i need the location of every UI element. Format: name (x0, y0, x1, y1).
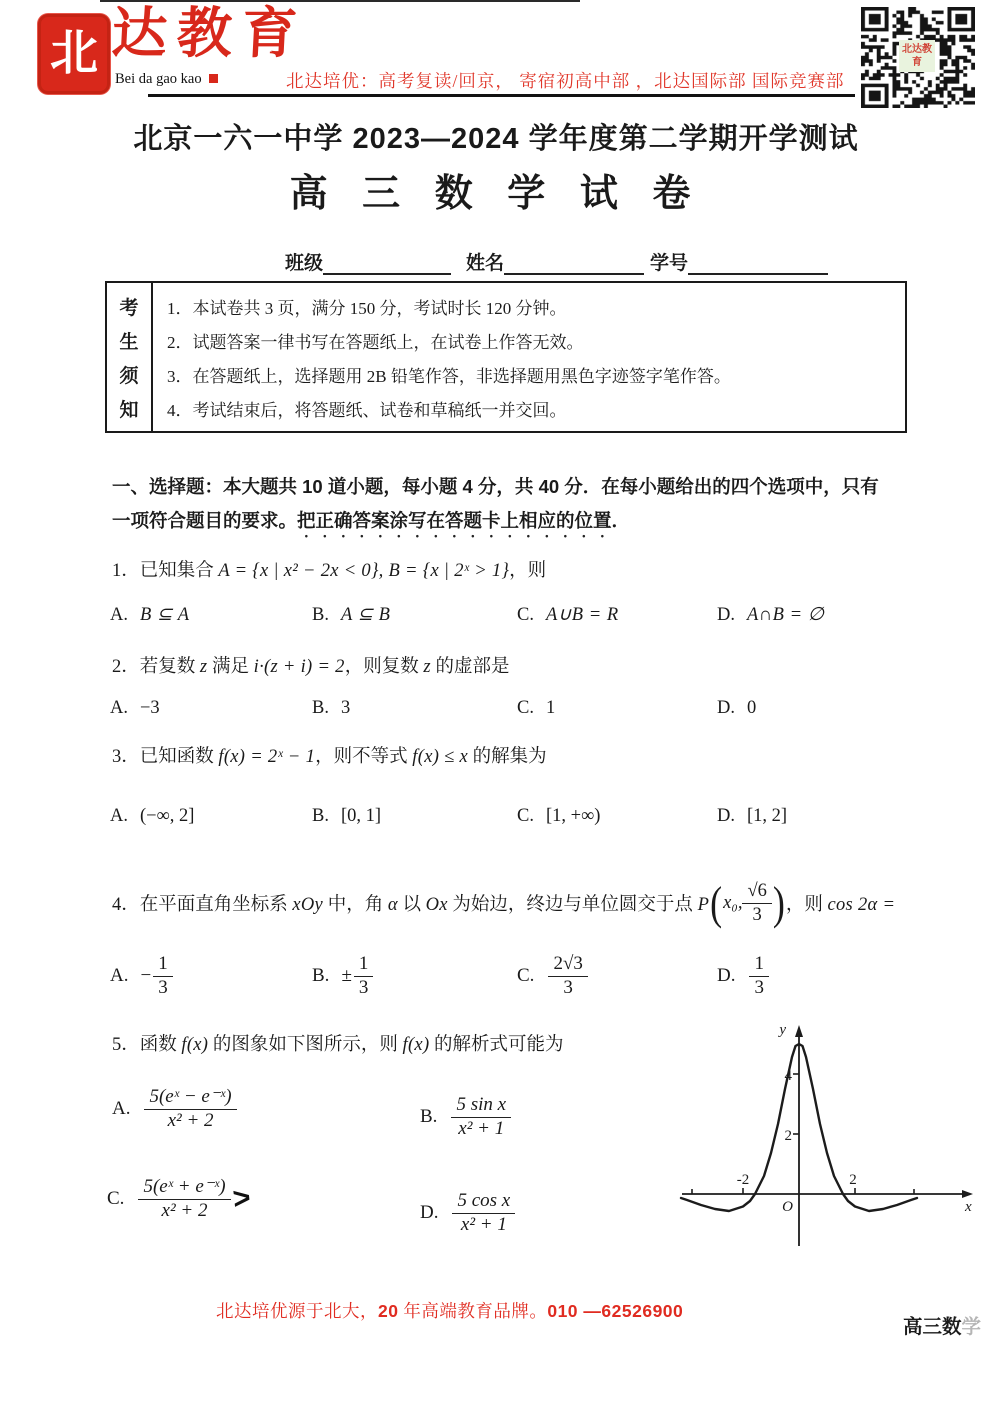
class-field-blank (323, 249, 451, 275)
x-tick-label-neg2: -2 (737, 1172, 750, 1188)
notice-item: 4．考试结束后，将答题纸、试卷和草稿纸一并交回。 (167, 396, 897, 421)
red-square-marker (209, 74, 218, 83)
q4-stem-prefix: 4．在平面直角坐标系 xOy 中，角 α 以 Ox 为始边，终边与单位圆交于点 … (112, 890, 709, 916)
q3-option-b: B.[0, 1] (312, 806, 517, 827)
curve-graph-svg: y x O 4 2 -2 2 (662, 1012, 982, 1260)
class-field: 班级 (285, 248, 451, 275)
student-field-row: 班级 姓名 学号 (0, 248, 992, 280)
q4-option-d: D.13 (717, 944, 940, 1008)
q2-option-c: C.1 (517, 698, 717, 719)
header-rule (148, 94, 855, 97)
q4-option-a: A.−13 (110, 944, 312, 1008)
y-tick-label-4: 4 (785, 1068, 793, 1084)
q1-option-c: C.A∪B = R (517, 604, 717, 626)
notice-side-label: 考 生 须 知 (107, 283, 153, 431)
footer-slogan: 北达培优源于北大，20 年高端教育品牌。010 —62526900 (216, 1298, 683, 1323)
q1-option-b: B.A ⊆ B (312, 604, 517, 626)
q5-option-d: D. 5 cos xx² + 1 (420, 1190, 515, 1237)
question-3-options: A.(−∞, 2] B.[0, 1] C.[1, +∞) D.[1, 2] (110, 806, 940, 827)
id-field: 学号 (650, 248, 828, 275)
notice-item: 2．试题答案一律书写在答题纸上，在试卷上作答无效。 (167, 328, 897, 353)
q3-option-d: D.[1, 2] (717, 806, 940, 827)
class-field-label: 班级 (285, 248, 323, 275)
question-4-stem: 4．在平面直角坐标系 xOy 中，角 α 以 Ox 为始边，终边与单位圆交于点 … (112, 866, 895, 940)
q3-option-a: A.(−∞, 2] (110, 806, 312, 827)
q4-stem-suffix: ，则 cos 2α = (786, 890, 895, 916)
x-tick-label-pos2: 2 (849, 1172, 857, 1188)
qr-code: 北达教育 (861, 7, 975, 108)
y-axis-arrow (795, 1025, 803, 1037)
section-heading: 一、选择题：本大题共 10 道小题，每小题 4 分，共 40 分．在每小题给出的… (112, 470, 930, 541)
handwritten-check-mark: > (231, 1181, 252, 1217)
exam-subtitle: 高 三 数 学 试 卷 (0, 162, 992, 217)
notice-side-char: 须 (119, 361, 138, 388)
name-field: 姓名 (466, 248, 644, 275)
exam-paper-page: 北 达教育 Bei da gao kao 北达培优：高考复读/回京， 寄宿初高中… (0, 0, 992, 1403)
y-tick-label-2: 2 (785, 1128, 793, 1144)
q5-option-a: A. 5(eˣ − e⁻ˣ)x² + 2 (112, 1086, 237, 1133)
question-1-stem: 1．已知集合 A = {x | x² − 2x < 0}, B = {x | 2… (112, 556, 952, 582)
notice-items: 1．本试卷共 3 页，满分 150 分，考试时长 120 分钟。 2．试题答案一… (153, 283, 905, 431)
id-field-label: 学号 (650, 248, 688, 275)
question-4-options: A.−13 B.±13 C.2√33 D.13 (110, 944, 940, 1008)
exam-title: 北京一六一中学 2023—2024 学年度第二学期开学测试 (0, 116, 992, 157)
notice-item: 1．本试卷共 3 页，满分 150 分，考试时长 120 分钟。 (167, 294, 897, 319)
q4-point-x: x₀, (723, 893, 742, 914)
logo-seal: 北 (38, 14, 110, 94)
header-slogan: 北达培优：高考复读/回京， 寄宿初高中部 ，北达国际部 国际竞赛部 (286, 68, 845, 93)
section-heading-line1: 一、选择题：本大题共 10 道小题，每小题 4 分，共 40 分．在每小题给出的… (112, 470, 930, 504)
q1-option-d: D.A∩B = ∅ (717, 604, 940, 626)
question-1-options: A.B ⊆ A B.A ⊆ B C.A∪B = R D.A∩B = ∅ (110, 604, 940, 626)
q5-option-c: C. 5(eˣ + e⁻ˣ)x² + 2 > (107, 1176, 250, 1223)
name-field-label: 姓名 (466, 248, 504, 275)
x-axis-label: x (964, 1199, 972, 1215)
qr-center-label: 北达教育 (899, 40, 935, 72)
brand-name: 达教育 (110, 2, 308, 66)
y-axis-label: y (777, 1022, 786, 1038)
question-2-stem: 2．若复数 z 满足 i·(z + i) = 2，则复数 z 的虚部是 (112, 652, 952, 678)
id-field-blank (688, 249, 828, 275)
page-corner-label: 高三数学 (903, 1311, 981, 1339)
brand-subtitle: Bei da gao kao (115, 71, 218, 88)
seal-character: 北 (50, 30, 98, 78)
x-axis-arrow (962, 1190, 973, 1198)
section-heading-line2: 一项符合题目的要求。把正确答案涂写在答题卡上相应的位置． (112, 504, 930, 541)
q2-option-d: D.0 (717, 698, 940, 719)
notice-item: 3．在答题纸上，选择题用 2B 铅笔作答，非选择题用黑色字迹签字笔作答。 (167, 362, 897, 387)
q4-option-b: B.±13 (312, 944, 517, 1008)
notice-side-char: 知 (119, 395, 138, 422)
notice-side-char: 考 (119, 293, 138, 320)
q2-option-a: A.−3 (110, 698, 312, 719)
q5-option-b: B. 5 sin xx² + 1 (420, 1094, 511, 1141)
big-paren-close: ) (773, 876, 785, 931)
question-3-stem: 3．已知函数 f(x) = 2ˣ − 1，则不等式 f(x) ≤ x 的解集为 (112, 742, 952, 768)
origin-label: O (782, 1199, 793, 1215)
name-field-blank (504, 249, 644, 275)
q2-option-b: B.3 (312, 698, 517, 719)
q3-option-c: C.[1, +∞) (517, 806, 717, 827)
notice-side-char: 生 (119, 327, 138, 354)
q5-function-graph: y x O 4 2 -2 2 (662, 1012, 982, 1260)
notice-box: 考 生 须 知 1．本试卷共 3 页，满分 150 分，考试时长 120 分钟。… (105, 281, 907, 433)
question-2-options: A.−3 B.3 C.1 D.0 (110, 698, 940, 719)
big-paren-open: ( (710, 876, 722, 931)
q1-option-a: A.B ⊆ A (110, 604, 312, 626)
q4-option-c: C.2√33 (517, 944, 717, 1008)
q4-stem-fraction: √63 (742, 880, 771, 925)
